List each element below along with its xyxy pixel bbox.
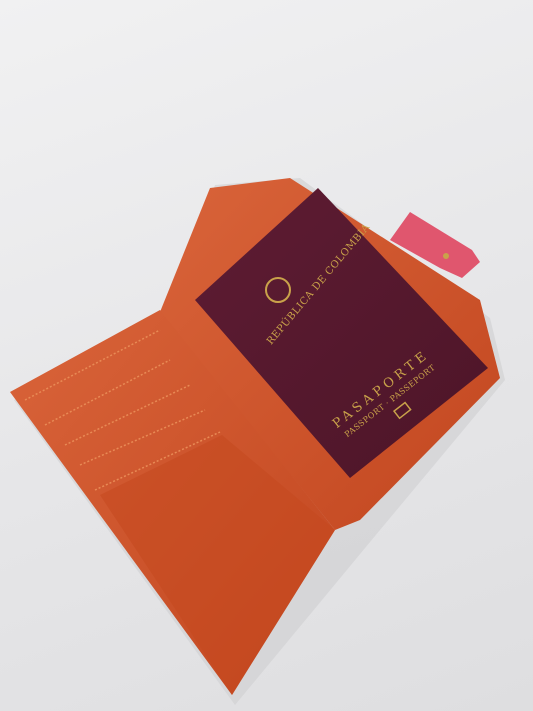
passport-holder-illustration <box>0 0 533 711</box>
photo-scene: REPÚBLICA DE COLOMBIA PASAPORTE PASSPORT… <box>0 0 533 711</box>
snap-button-icon <box>443 253 449 259</box>
